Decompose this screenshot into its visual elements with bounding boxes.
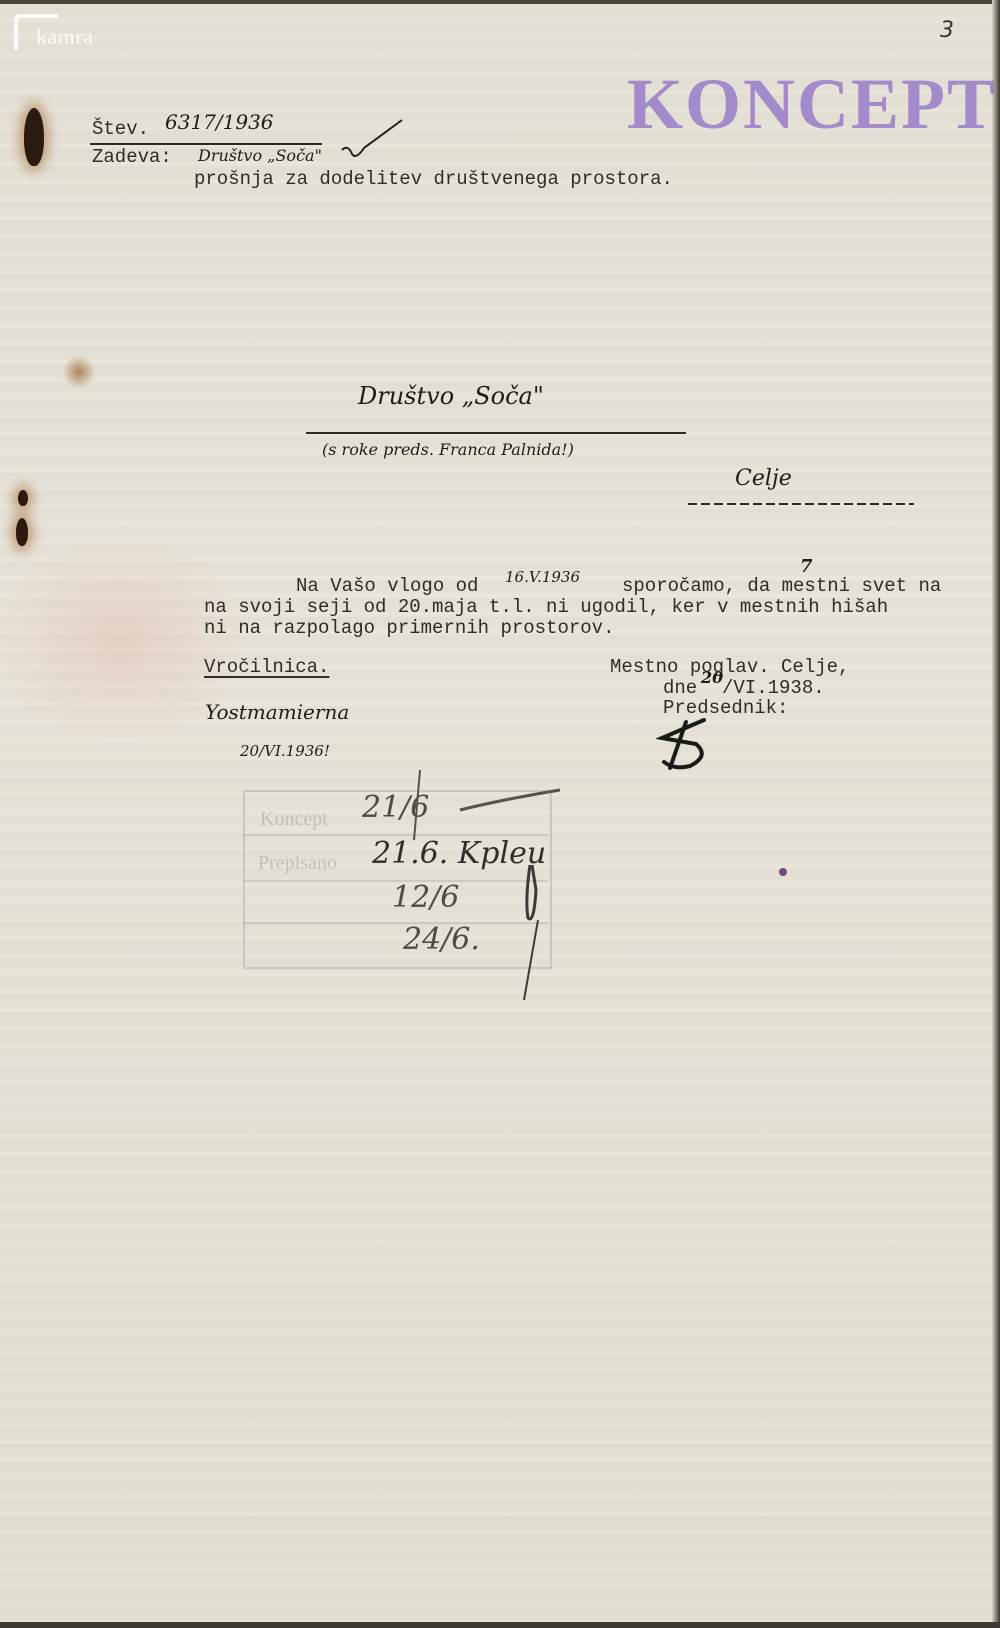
vrocilnica-label: Vročilnica.	[204, 656, 329, 678]
subject-handwritten: Društvo „Soča"	[198, 146, 322, 165]
office-line1: Mestno poglav. Celje,	[610, 656, 849, 678]
addressee-name: Društvo „Soča"	[358, 382, 544, 410]
checkmark-icon	[340, 118, 406, 164]
office-date-day: 20	[701, 668, 723, 687]
number-label: Štev.	[92, 118, 149, 140]
recipient-date: 20/VI.1936!	[240, 742, 330, 760]
body-line1-suffix: sporočamo, da mestni svet na	[622, 575, 941, 597]
scan-edge-right	[992, 0, 1000, 1628]
scan-edge-top	[0, 0, 1000, 4]
page-number: 3	[940, 18, 954, 43]
punch-hole-icon	[18, 490, 28, 506]
president-signature-icon	[656, 716, 712, 772]
ink-dot	[779, 868, 787, 876]
number-underline	[90, 143, 322, 145]
addressee-city: Celje	[735, 466, 792, 491]
recipient-signature: Yostmamierna	[205, 700, 349, 724]
punch-hole-icon	[24, 108, 44, 166]
city-dashed-line	[688, 503, 914, 505]
pencil-strokes-icon	[400, 770, 570, 1000]
body-line1-prefix: Na Vašo vlogo od	[296, 575, 478, 597]
office-date-suffix: /VI.1938.	[722, 677, 825, 699]
body-date-handwritten: 16.V.1936	[505, 568, 580, 586]
body-line2: na svoji seji od 20.maja t.l. ni ugodil,…	[204, 596, 888, 618]
number-value: 6317/1936	[165, 110, 274, 134]
addressee-underline	[306, 432, 686, 434]
office-date-prefix: dne	[663, 677, 697, 699]
body-insert-handwritten: 7	[800, 556, 813, 577]
faded-stamp-row1: Koncept	[260, 808, 328, 831]
subject-label: Zadeva:	[92, 146, 172, 168]
addressee-note: (s roke preds. Franca Palnida!)	[322, 440, 574, 459]
faded-stamp-row2: Prepisano	[258, 852, 337, 875]
rust-stain	[62, 355, 96, 389]
punch-hole-icon	[16, 518, 28, 546]
subject-typed: prošnja za dodelitev društvenega prostor…	[194, 168, 673, 190]
body-line3: ni na razpolago primernih prostorov.	[204, 617, 614, 639]
kamra-watermark: kamra	[14, 14, 93, 50]
scan-edge-bottom	[0, 1622, 1000, 1628]
koncept-stamp: KONCEPT	[627, 68, 997, 140]
